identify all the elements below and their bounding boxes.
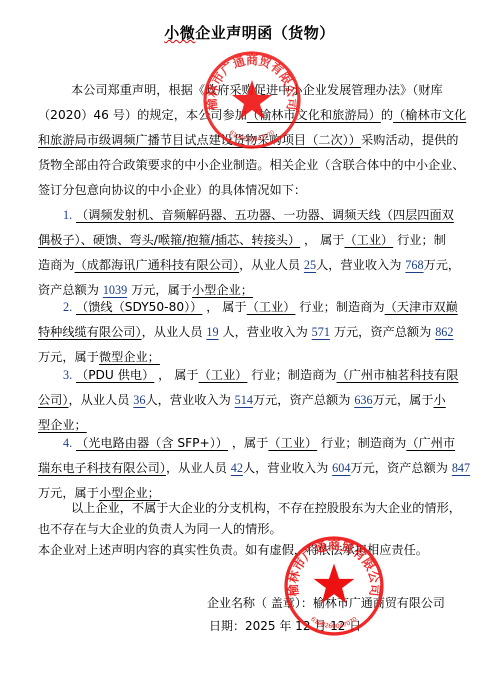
date-line: 日期：2025 年 12 月 12 日 [209, 617, 361, 634]
intro-paragraph: 本公司郑重声明，根据《政府采购促进中小企业发展管理办法》（财库 （2020）46… [38, 78, 454, 203]
list-item: 2. （馈线（SDY50-80）） ， 属于（工业） 行业；制造商为（天津市双巅… [38, 295, 454, 370]
company-name-line: 企业名称（ 盖章）：榆林市广通商贸有限公司 [207, 594, 445, 611]
list-item: 3. （PDU 供电） ， 属于（工业） 行业；制造商为（广州市柚茗科技有限 公… [38, 363, 454, 438]
closing-paragraph: 以上企业，不属于大企业的分支机构，不存在控股股东为大企业的情形， 也不存在与大企… [38, 498, 454, 561]
list-item: 4. （光电路由器（含 SFP+）） ，属于（工业） 行业；制造商为（广州市 瑞… [38, 431, 454, 506]
list-item: 1. （调频发射机、音频解码器、五功器、一功器、调频天线（四层四面双 偶极子）、… [38, 203, 454, 303]
document-page: 小微企业声明函（货物） 本公司郑重声明，根据《政府采购促进中小企业发展管理办法》… [0, 0, 499, 679]
page-title: 小微企业声明函（货物） [0, 22, 499, 43]
